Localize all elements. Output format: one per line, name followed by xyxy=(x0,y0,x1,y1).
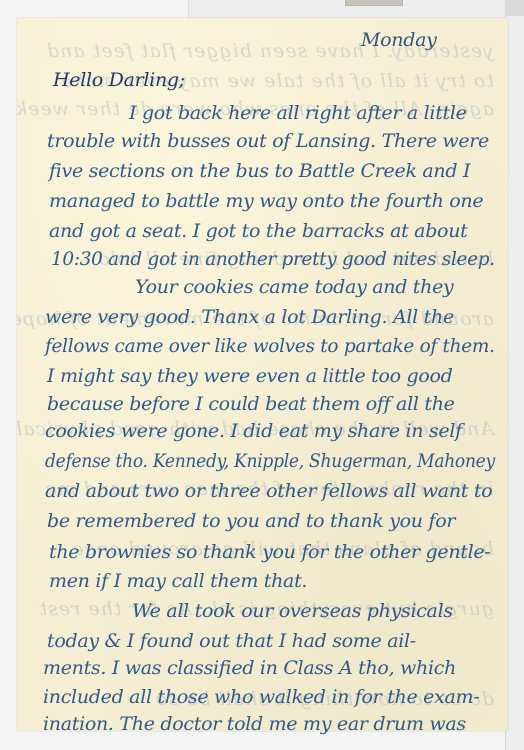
letter-date: Monday xyxy=(361,28,437,52)
letter-line: be remembered to you and to thank you fo… xyxy=(47,509,455,533)
letter-line: We all took our overseas physicals xyxy=(132,599,453,623)
letter-line: the brownies so thank you for the other … xyxy=(49,540,490,564)
letter-line: today & I found out that I had some ail- xyxy=(47,629,416,653)
letter-line: trouble with busses out of Lansing. Ther… xyxy=(47,129,489,153)
letter-line: were very good. Thanx a lot Darling. All… xyxy=(45,305,454,329)
letter-line: and got a seat. I got to the barracks at… xyxy=(49,219,467,243)
mounting-tab xyxy=(345,0,403,6)
letter-line: and about two or three other fellows all… xyxy=(45,479,492,503)
letter-line: fellows came over like wolves to partake… xyxy=(45,334,495,358)
letter-line: ination. The doctor told me my ear drum … xyxy=(43,712,466,736)
letter-line: I got back here all right after a little xyxy=(129,101,467,125)
letter-page: yesterday. I have seen bigger flat feet … xyxy=(17,18,508,731)
scan-edge-shade xyxy=(506,0,524,16)
letter-line: ments. I was classified in Class A tho, … xyxy=(43,656,456,680)
letter-line: cookies were gone. I did eat my share in… xyxy=(45,419,462,443)
letter-line: managed to battle my way onto the fourth… xyxy=(49,189,483,213)
letter-line: Your cookies came today and they xyxy=(135,275,453,299)
letter-line: included all those who walked in for the… xyxy=(43,685,479,709)
letter-line: 10:30 and got in another pretty good nit… xyxy=(51,247,495,271)
letter-line: defense tho. Kennedy, Knipple, Shugerman… xyxy=(45,449,495,473)
letter-line: because before I could beat them off all… xyxy=(47,392,455,416)
letter-greeting: Hello Darling; xyxy=(53,68,185,92)
letter-line: I might say they were even a little too … xyxy=(47,364,453,388)
letter-line: men if I may call them that. xyxy=(49,569,307,593)
letter-line: five sections on the bus to Battle Creek… xyxy=(49,159,470,183)
